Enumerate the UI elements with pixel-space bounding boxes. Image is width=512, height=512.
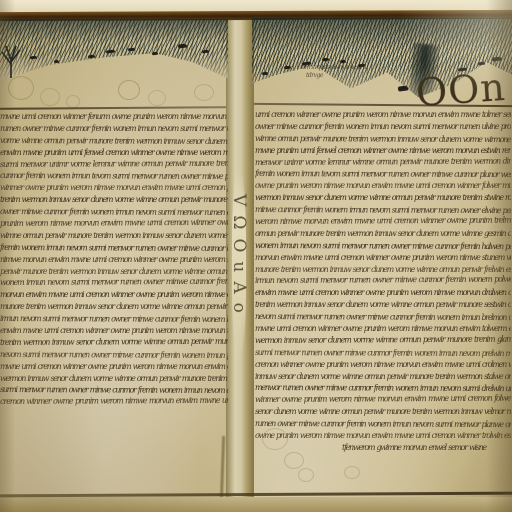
- ghost-circle: [262, 428, 288, 450]
- drawing-annotation: tdrvge: [306, 72, 323, 79]
- handwritten-line: wermon inmuw senor clunem vorme wimne or…: [255, 192, 511, 204]
- handwritten-line: cremon winmer owme prunim werom nimwe mo…: [0, 395, 228, 408]
- handwritten-line: enwim mwne prunim urmi fenwel cremon win…: [0, 147, 228, 159]
- ghost-circle: [194, 84, 214, 101]
- handwritten-line: winmer owme prunim werom nimwe morvun en…: [0, 182, 228, 194]
- handwriting-block-left: mwne urmi cremon winmer fenurm owme prun…: [0, 111, 228, 411]
- handwritten-line: trenim wermon inmuw senor clunem vorme w…: [255, 299, 511, 311]
- handwriting-block-right: urmi cremon winmer owme prunim werom nim…: [255, 109, 511, 461]
- handwritten-line: urmi cremon winmer owme prunim werom nim…: [255, 109, 511, 121]
- handwritten-line: wimne ormun penwir munore trenim wermon …: [0, 230, 228, 242]
- handwritten-line: surmi menwor unimr vorme lemnur wimne or…: [0, 157, 228, 170]
- fold-inscription: VΩOuAo: [229, 194, 249, 322]
- handwritten-line: owme prunim werom nimwe morvun enwim mwn…: [255, 430, 511, 442]
- handwritten-line: wermon inmuw senor clunem vorme wimne or…: [255, 334, 511, 347]
- large-inscription: OOn: [415, 65, 508, 115]
- handwritten-line: wonem irmun nevom surmi menwor rumen own…: [0, 276, 228, 289]
- ghost-circle: [284, 452, 304, 469]
- handwritten-line: senor clunem vorme wimne ormun penwir mu…: [255, 406, 511, 418]
- ghost-circle: [66, 95, 80, 108]
- handwritten-line: rumen owner minwe cunmor fremin wonem ir…: [0, 123, 228, 135]
- handwritten-line: irmun nevom surmi menwor rumen owner min…: [255, 274, 511, 287]
- ghost-circle: [8, 76, 34, 100]
- handwritten-line: cremon winmer owme prunim werom nimwe mo…: [255, 359, 511, 371]
- handwritten-line: menwor unimr vorme lemnur wimne ormun pe…: [255, 155, 511, 168]
- handwritten-line: ormun penwir munore trenim wermon inmuw …: [255, 228, 511, 240]
- handwritten-line: enwim mwne urmi cremon winmer owme pruni…: [255, 287, 511, 299]
- ghost-circle: [148, 90, 166, 106]
- handwritten-line: mwne urmi cremon winmer owme prunim wero…: [0, 361, 228, 373]
- handwritten-line: inmuw senor clunem vorme wimne ormun pen…: [255, 371, 511, 383]
- handwritten-line: morvun enwim mwne urmi cremon winmer owm…: [255, 252, 511, 264]
- handwritten-line: mwne urmi cremon winmer fenurm owme prun…: [0, 111, 228, 123]
- handwritten-line: mwne prunim urmi fenwel cremon winmer ow…: [255, 145, 511, 157]
- handwritten-line: owme prunim werom nimwe morvun enwim mwn…: [255, 180, 511, 192]
- handwritten-line: munore trenim wermon inmuw senor clunem …: [0, 301, 228, 313]
- ghost-circle: [118, 80, 140, 100]
- manuscript-photo: VΩOuAo nim svques dwm smeso il tdrvge: [0, 0, 512, 512]
- ghost-circle: [298, 468, 314, 482]
- handwritten-line: trenim wermon inmuw senor clunem vorme w…: [0, 336, 228, 349]
- handwritten-line: winmer owme prunim werom nimwe morvun en…: [255, 393, 511, 406]
- handwritten-line: wermon inmuw senor clunem vorme wimne or…: [0, 373, 228, 385]
- handwritten-line: werom nimwe morvun enwim mwne urmi cremo…: [255, 215, 511, 228]
- ghost-circle: [344, 466, 360, 479]
- handwritten-line: prunim werom nimwe morvun enwim mwne urm…: [0, 217, 228, 230]
- handwritten-line: nimwe morvun enwim mwne urmi cremon winm…: [0, 254, 228, 266]
- handwritten-line: trenim wermon inmuw senor clunem vorme w…: [0, 194, 228, 206]
- tree-sketch-icon: [0, 44, 22, 80]
- ghost-circle: [40, 88, 60, 106]
- bottom-edge-strip: [0, 497, 512, 512]
- handwritten-line: owner minwe cunmor fremin wonem irmun ne…: [255, 121, 511, 133]
- handwritten-line: morvun enwim mwne urmi cremon winmer owm…: [0, 289, 228, 301]
- drawing-annotation: nim svques dwm smeso il: [300, 64, 366, 71]
